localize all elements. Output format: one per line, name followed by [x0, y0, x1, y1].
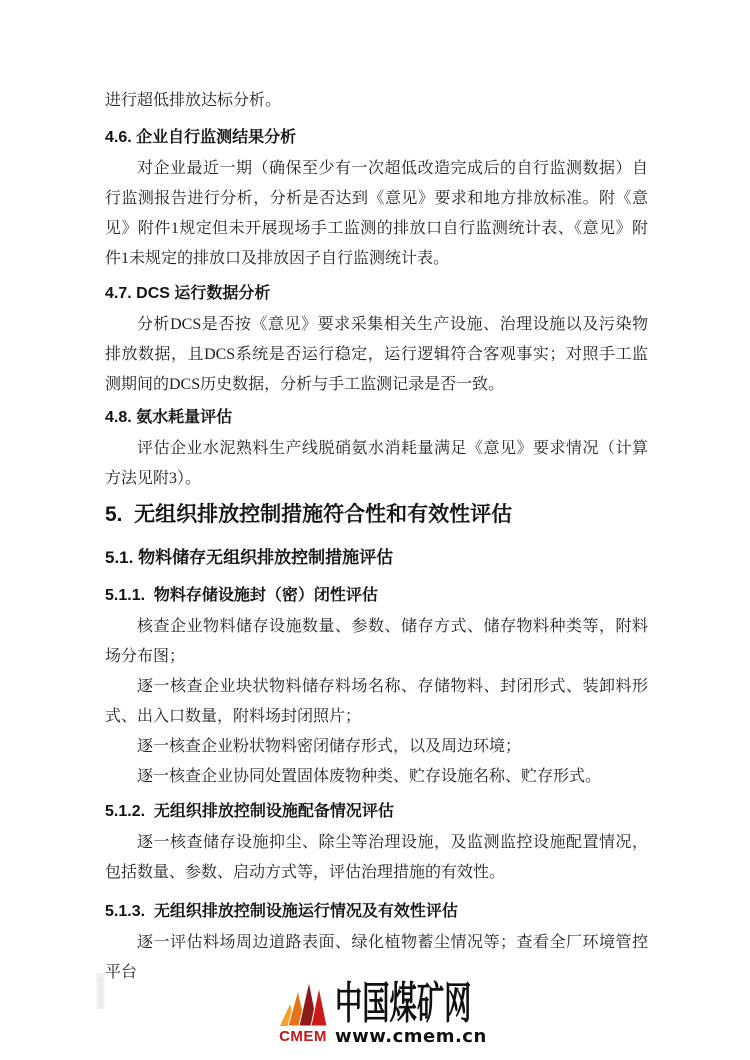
paragraph-5-1-1-a: 核查企业物料储存设施数量、参数、储存方式、储存物料种类等，附料场分布图； — [105, 612, 648, 672]
cmem-acronym-label: CMEM — [278, 1029, 328, 1045]
heading-5-1: 5.1. 物料储存无组织排放控制措施评估 — [105, 546, 648, 570]
cmem-logo-text: 中国煤矿网 www.cmem.cn — [335, 980, 472, 1047]
heading-5-1-1: 5.1.1. 物料存储设施封（密）闭性评估 — [105, 584, 648, 608]
site-name-label: 中国煤矿网 — [335, 980, 420, 1027]
cmem-watermark-logo: CMEM 中国煤矿网 www.cmem.cn — [0, 980, 750, 1047]
paragraph-4-7: 分析DCS是否按《意见》要求采集相关生产设施、治理设施以及污染物排放数据，且DC… — [105, 310, 648, 400]
heading-5: 5. 无组织排放控制措施符合性和有效性评估 — [105, 500, 648, 530]
heading-5-1-3: 5.1.3. 无组织排放控制设施运行情况及有效性评估 — [105, 900, 648, 924]
paragraph-continuation: 进行超低排放达标分析。 — [105, 86, 648, 116]
document-page: 进行超低排放达标分析。 4.6. 企业自行监测结果分析 对企业最近一期（确保至少… — [0, 0, 750, 1060]
cmem-logo-mark: CMEM — [278, 980, 328, 1045]
heading-4-6: 4.6. 企业自行监测结果分析 — [105, 126, 648, 150]
heading-5-1-2: 5.1.2. 无组织排放控制设施配备情况评估 — [105, 800, 648, 824]
site-url-label: www.cmem.cn — [335, 1027, 472, 1047]
heading-4-8: 4.8. 氨水耗量评估 — [105, 406, 648, 430]
heading-4-7: 4.7. DCS 运行数据分析 — [105, 282, 648, 306]
paragraph-5-1-2: 逐一核查储存设施抑尘、除尘等治理设施，及监测监控设施配置情况，包括数量、参数、启… — [105, 828, 648, 888]
document-content: 进行超低排放达标分析。 4.6. 企业自行监测结果分析 对企业最近一期（确保至少… — [105, 0, 648, 988]
mountain-peaks-logo-icon — [278, 980, 328, 1028]
paragraph-5-1-1-d: 逐一核查企业协同处置固体废物种类、贮存设施名称、贮存形式。 — [105, 762, 648, 792]
paragraph-5-1-1-b: 逐一核查企业块状物料储存料场名称、存储物料、封闭形式、装卸料形式、出入口数量，附… — [105, 672, 648, 732]
paragraph-5-1-1-c: 逐一核查企业粉状物料密闭储存形式，以及周边环境； — [105, 732, 648, 762]
paragraph-4-8: 评估企业水泥熟料生产线脱硝氨水消耗量满足《意见》要求情况（计算方法见附3）。 — [105, 434, 648, 494]
paragraph-4-6: 对企业最近一期（确保至少有一次超低改造完成后的自行监测数据）自行监测报告进行分析… — [105, 154, 648, 274]
